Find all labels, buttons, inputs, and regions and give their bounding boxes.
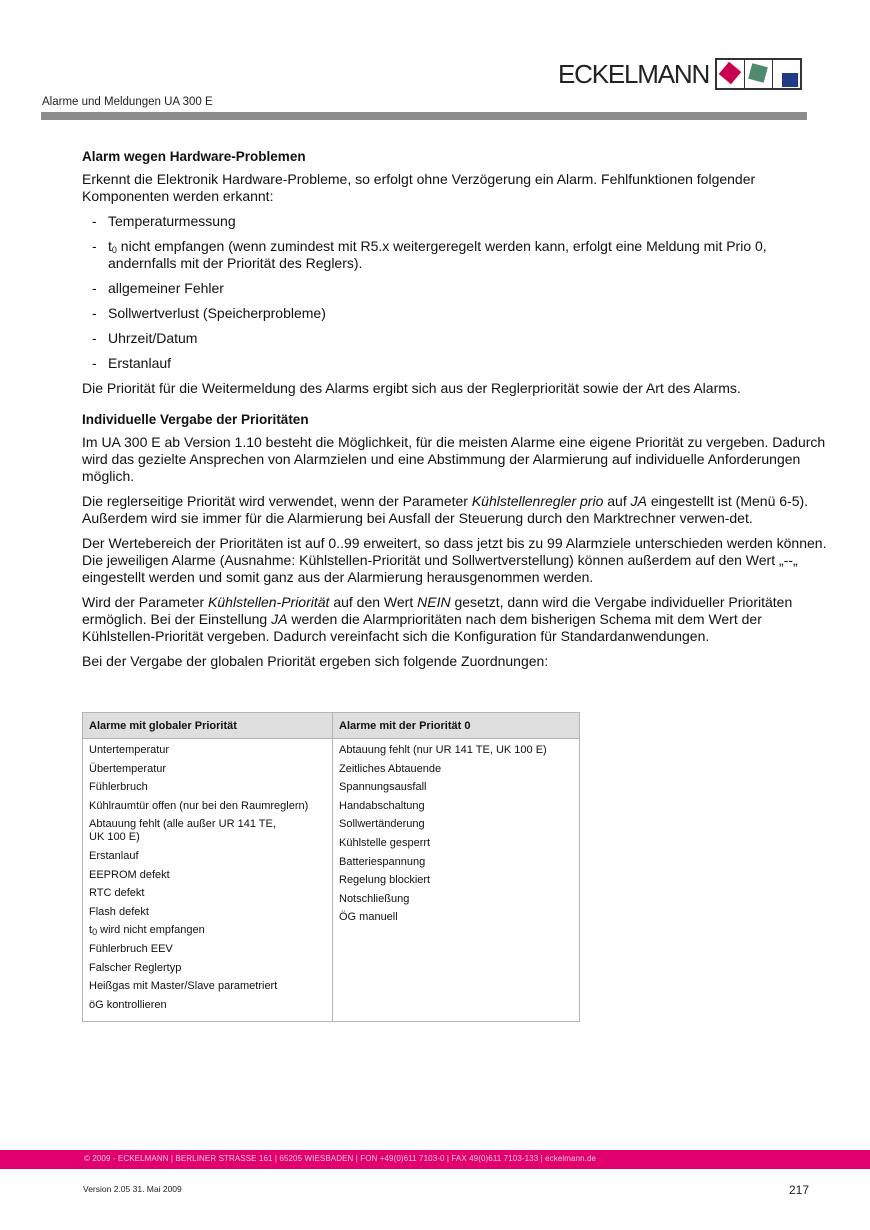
priority-table: Alarme mit globaler Priorität Alarme mit… <box>82 712 580 1022</box>
list-item: Zeitliches Abtauende <box>339 763 573 776</box>
list-item: -t0 nicht empfangen (wenn zumindest mit … <box>82 238 827 272</box>
list-item: Untertemperatur <box>89 744 326 757</box>
list-item: -allgemeiner Fehler <box>82 280 827 297</box>
paragraph: Bei der Vergabe der globalen Priorität e… <box>82 653 827 670</box>
list-item: Batteriespannung <box>339 856 573 869</box>
paragraph: Der Wertebereich der Prioritäten ist auf… <box>82 535 827 586</box>
list-item: ÖG manuell <box>339 911 573 924</box>
global-priority-alarms: UntertemperaturÜbertemperaturFühlerbruch… <box>83 739 333 1022</box>
list-item: Flash defekt <box>89 906 326 919</box>
list-item: Fühlerbruch <box>89 781 326 794</box>
list-item: -Uhrzeit/Datum <box>82 330 827 347</box>
column-header: Alarme mit der Priorität 0 <box>333 713 580 739</box>
list-item: Spannungsausfall <box>339 781 573 794</box>
version-info: Version 2.05 31. Mai 2009 <box>83 1184 182 1194</box>
section-heading-priorities: Individuelle Vergabe der Prioritäten <box>82 411 827 428</box>
list-item: Abtauung fehlt (nur UR 141 TE, UK 100 E) <box>339 744 573 757</box>
footer-contact: © 2009 - ECKELMANN | BERLINER STRASSE 16… <box>84 1154 596 1163</box>
list-item: Erstanlauf <box>89 850 326 863</box>
list-item: Sollwertänderung <box>339 818 573 831</box>
red-diamond-icon <box>719 62 742 85</box>
table-row: UntertemperaturÜbertemperaturFühlerbruch… <box>83 739 580 1022</box>
list-item: Heißgas mit Master/Slave parametriert <box>89 980 326 993</box>
green-square-icon <box>748 63 768 83</box>
page-content: Alarm wegen Hardware-Problemen Erkennt d… <box>82 148 827 678</box>
section-heading-hardware: Alarm wegen Hardware-Problemen <box>82 148 827 165</box>
paragraph: Erkennt die Elektronik Hardware-Probleme… <box>82 171 827 205</box>
blue-square-icon <box>782 73 798 87</box>
list-item: öG kontrollieren <box>89 999 326 1012</box>
priority-zero-alarms: Abtauung fehlt (nur UR 141 TE, UK 100 E)… <box>333 739 580 1022</box>
list-item: Abtauung fehlt (alle außer UR 141 TE,UK … <box>89 818 326 844</box>
list-item: EEPROM defekt <box>89 869 326 882</box>
list-item: -Erstanlauf <box>82 355 827 372</box>
list-item: Fühlerbruch EEV <box>89 943 326 956</box>
list-item: Kühlraumtür offen (nur bei den Raumregle… <box>89 800 326 813</box>
paragraph: Die Priorität für die Weitermeldung des … <box>82 380 827 397</box>
list-item: Regelung blockiert <box>339 874 573 887</box>
page-number: 217 <box>789 1183 809 1197</box>
footer-band: © 2009 - ECKELMANN | BERLINER STRASSE 16… <box>0 1150 870 1169</box>
list-item: Handabschaltung <box>339 800 573 813</box>
list-item: Übertemperatur <box>89 763 326 776</box>
list-item: Falscher Reglertyp <box>89 962 326 975</box>
column-header: Alarme mit globaler Priorität <box>83 713 333 739</box>
list-item: -Sollwertverlust (Speicherprobleme) <box>82 305 827 322</box>
list-item: Notschließung <box>339 893 573 906</box>
running-header: Alarme und Meldungen UA 300 E <box>42 96 213 108</box>
list-item: Kühlstelle gesperrt <box>339 837 573 850</box>
logo-text: ECKELMANN <box>558 58 709 90</box>
header-divider <box>41 112 807 120</box>
eckelmann-logo: ECKELMANN <box>558 58 802 90</box>
logo-squares-icon <box>715 58 802 90</box>
component-list: -Temperaturmessung -t0 nicht empfangen (… <box>82 213 827 372</box>
paragraph: Im UA 300 E ab Version 1.10 besteht die … <box>82 434 827 485</box>
paragraph: Die reglerseitige Priorität wird verwend… <box>82 493 827 527</box>
list-item: RTC defekt <box>89 887 326 900</box>
paragraph: Wird der Parameter Kühlstellen-Priorität… <box>82 594 827 645</box>
list-item: t0 wird nicht empfangen <box>89 924 326 937</box>
list-item: -Temperaturmessung <box>82 213 827 230</box>
